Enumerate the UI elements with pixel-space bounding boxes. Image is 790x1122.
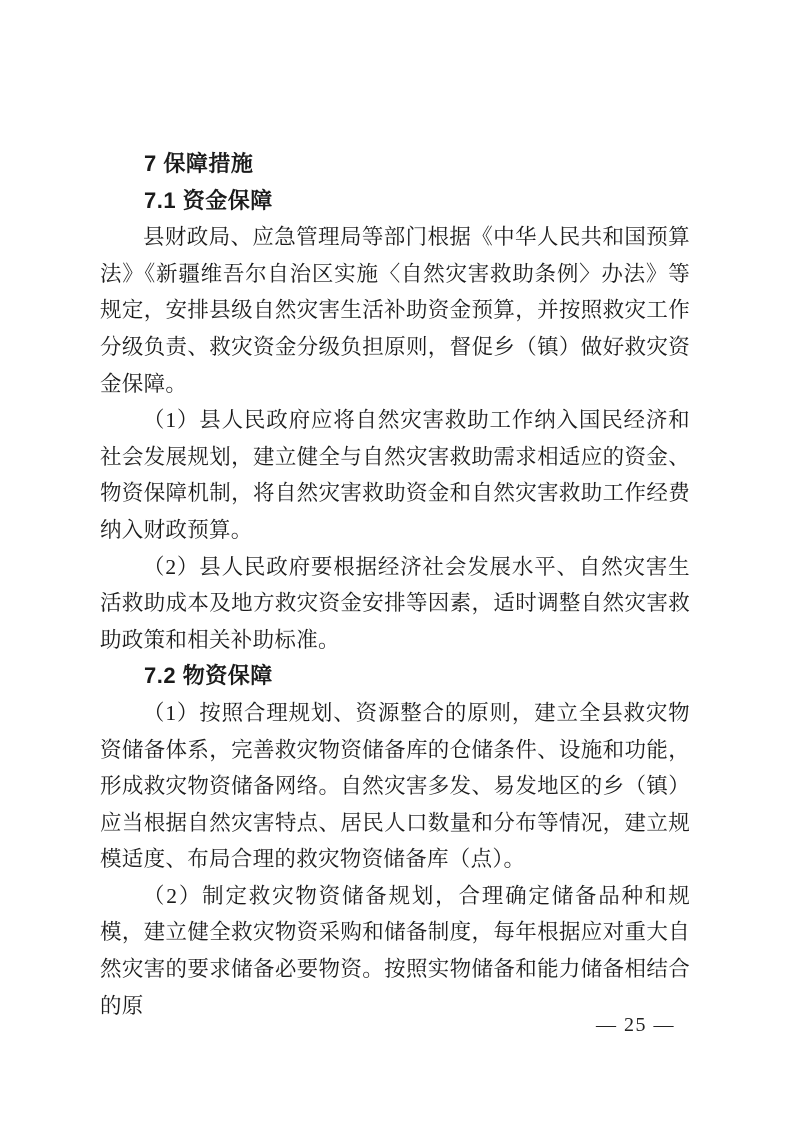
subsection-heading-7-1: 7.1 资金保障 <box>100 183 690 220</box>
paragraph-supplies-item-2: （2）制定救灾物资储备规划，合理确定储备品种和规模，建立健全救灾物资采购和储备制… <box>100 878 690 1024</box>
document-body: 7 保障措施 7.1 资金保障 县财政局、应急管理局等部门根据《中华人民共和国预… <box>100 146 690 1024</box>
subsection-heading-7-2: 7.2 物资保障 <box>100 658 690 695</box>
paragraph-funding-item-2: （2）县人民政府要根据经济社会发展水平、自然灾害生活救助成本及地方救灾资金安排等… <box>100 549 690 659</box>
paragraph-funding-intro: 县财政局、应急管理局等部门根据《中华人民共和国预算法》《新疆维吾尔自治区实施〈自… <box>100 219 690 402</box>
page-number: — 25 — <box>596 1011 675 1039</box>
paragraph-funding-item-1: （1）县人民政府应将自然灾害救助工作纳入国民经济和社会发展规划，建立健全与自然灾… <box>100 402 690 548</box>
document-page: 7 保障措施 7.1 资金保障 县财政局、应急管理局等部门根据《中华人民共和国预… <box>0 0 790 1122</box>
section-heading-7: 7 保障措施 <box>100 146 690 183</box>
paragraph-supplies-item-1: （1）按照合理规划、资源整合的原则，建立全县救灾物资储备体系，完善救灾物资储备库… <box>100 695 690 878</box>
